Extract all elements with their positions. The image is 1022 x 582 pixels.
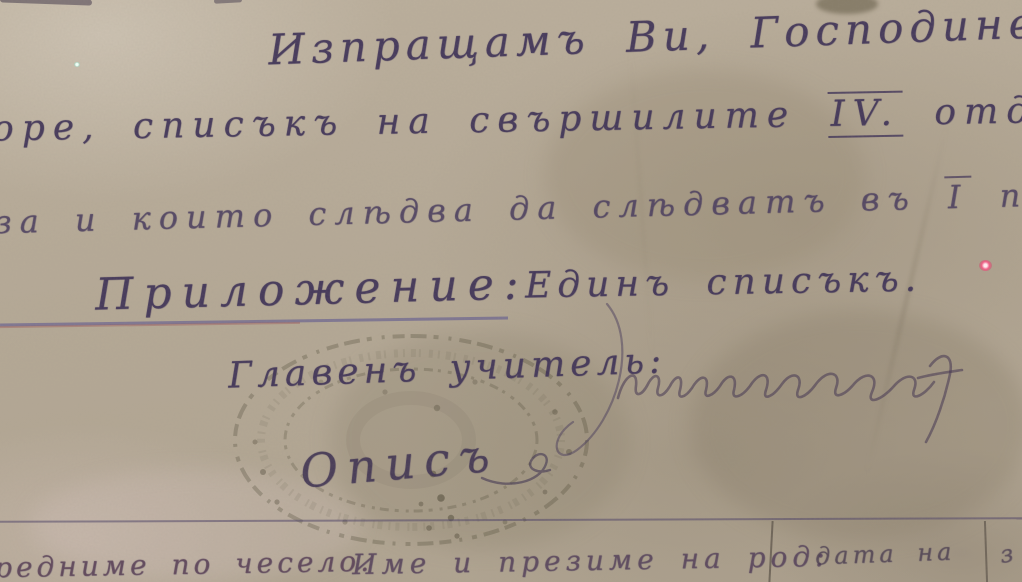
letter-line-opening: Изпращамъ Ви, Господине Ди [267, 0, 1022, 74]
list-heading-flourish [478, 444, 570, 492]
red-dead-pixel [979, 260, 992, 271]
letter-line-three-suffix: пр. кл [971, 173, 1022, 216]
table-right-partial-letter: з [998, 539, 1015, 569]
table-column-divider [984, 521, 988, 582]
table-right-header: дата на [815, 538, 956, 571]
attachment-label: Приложение: [94, 258, 529, 320]
roman-numeral-i: I [944, 176, 972, 217]
head-teacher-signature [612, 344, 972, 454]
letter-line-three: за и които слѣдва да слѣдватъ въ I пр. к… [0, 173, 1022, 241]
letter-line-two: оре, списъкъ на свършилите IV. отдѣлени [0, 87, 1022, 149]
document-photo: Изпращамъ Ви, Господине Ди оре, списъкъ … [0, 0, 1022, 582]
top-edge-ink-mark [214, 0, 242, 4]
table-left-header: редниме по чесело. [0, 545, 373, 582]
table-center-header: Име и презиме на род: [352, 540, 830, 581]
roman-numeral-iv: IV. [827, 91, 903, 138]
top-edge-ink-mark [0, 0, 92, 6]
letter-line-two-suffix: отдѣлени [903, 87, 1022, 133]
cyan-dead-pixel [74, 62, 80, 67]
